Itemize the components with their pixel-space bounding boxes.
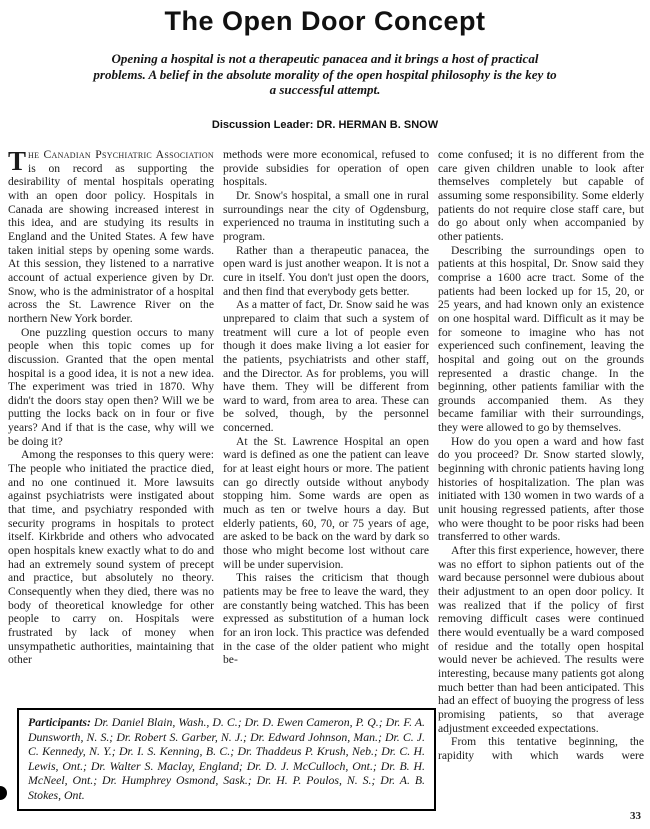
paragraph: At the St. Lawrence Hospital an open war… [223, 435, 429, 572]
paragraph: As a matter of fact, Dr. Snow said he wa… [223, 298, 429, 435]
article-deck: Opening a hospital is not a therapeutic … [90, 51, 560, 98]
paragraph: From this tentative beginning, the rapid… [438, 735, 644, 762]
paragraph: This raises the criticism that though pa… [223, 571, 429, 667]
paragraph: After this first experience, however, th… [438, 544, 644, 735]
paragraph: The Canadian Psychiatric Association is … [8, 148, 214, 326]
paragraph: How do you open a ward and how fast do y… [438, 435, 644, 544]
article-columns: The Canadian Psychiatric Association is … [8, 148, 644, 763]
paragraph: come confused; it is no different from t… [438, 148, 644, 244]
column-2: methods were more economical, refused to… [223, 148, 429, 763]
page-title: The Open Door Concept [0, 0, 650, 37]
participants-box: Participants: Dr. Daniel Blain, Wash., D… [17, 708, 436, 811]
page-number: 33 [630, 810, 641, 822]
column-1: The Canadian Psychiatric Association is … [8, 148, 214, 763]
column-3: come confused; it is no different from t… [438, 148, 644, 763]
paragraph-text: is on record as supporting the desirabil… [8, 162, 214, 325]
article-page: The Open Door Concept Opening a hospital… [0, 0, 650, 829]
lead-smallcaps: he Canadian Psychiatric Association [28, 148, 214, 161]
discussion-leader-name: DR. HERMAN B. SNOW [316, 119, 438, 131]
print-edge-mark [0, 786, 7, 800]
drop-cap: T [8, 148, 28, 173]
paragraph: Describing the surroundings open to pati… [438, 244, 644, 435]
discussion-leader: Discussion Leader: DR. HERMAN B. SNOW [0, 119, 650, 131]
paragraph: Dr. Snow's hospital, a small one in rura… [223, 189, 429, 244]
paragraph: methods were more economical, refused to… [223, 148, 429, 189]
paragraph: One puzzling question occurs to many peo… [8, 326, 214, 449]
participants-label: Participants: [28, 715, 91, 729]
paragraph: Rather than a therapeutic panacea, the o… [223, 244, 429, 299]
paragraph: Among the responses to this query were: … [8, 448, 214, 667]
discussion-leader-label: Discussion Leader: [212, 119, 317, 131]
